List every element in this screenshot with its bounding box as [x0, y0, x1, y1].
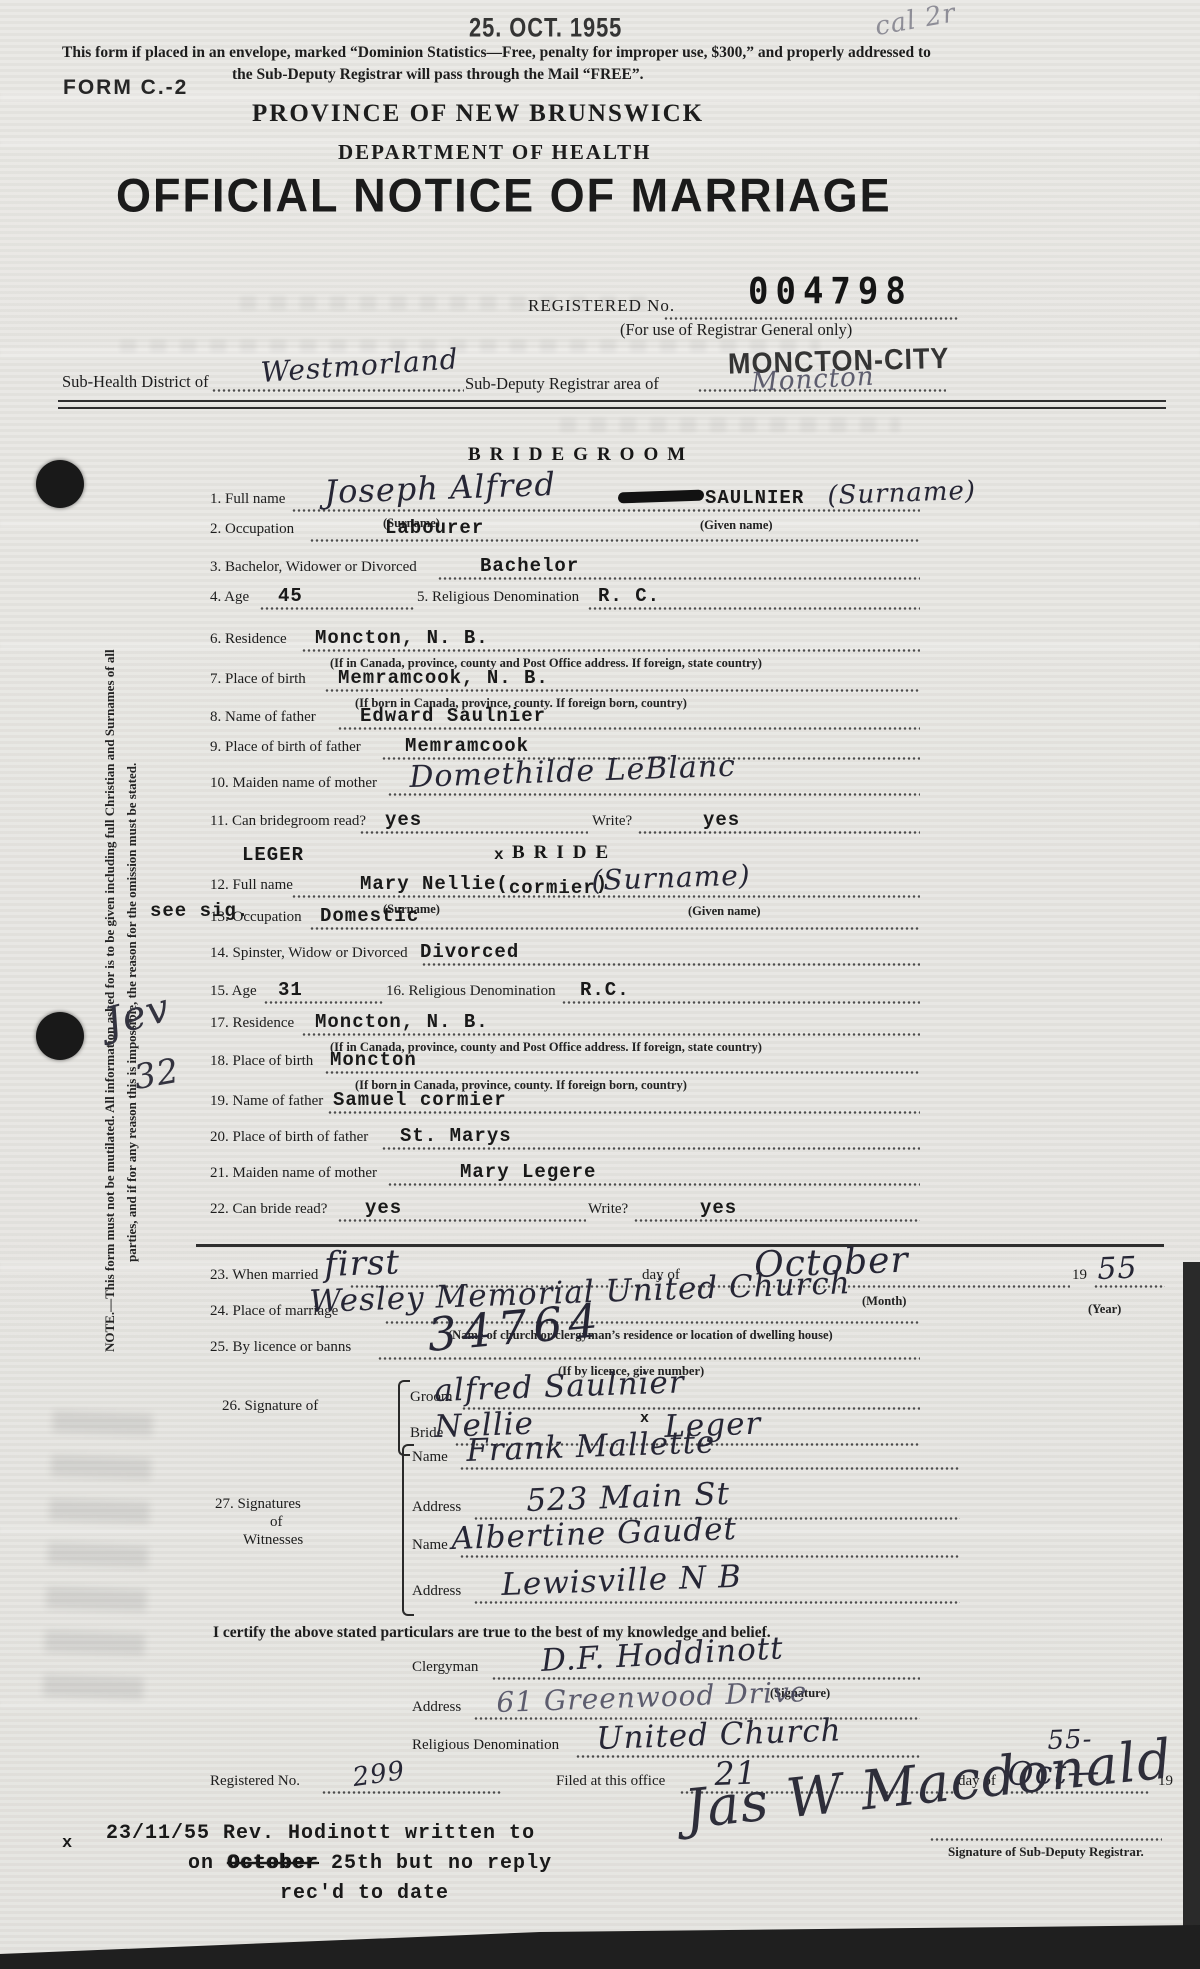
handwritten-day: first — [324, 1242, 401, 1285]
field-father-name-bride: 19. Name of father Samuel cormier — [210, 1082, 920, 1114]
name-label: Name — [412, 1449, 448, 1466]
typed-value: Bachelor — [480, 555, 579, 577]
field-label: 9. Place of birth of father — [210, 739, 361, 756]
typed-leger-correction: LEGER — [242, 844, 304, 866]
typed-value: Memramcook — [405, 735, 529, 757]
struck-text: October — [227, 1852, 318, 1875]
typed-write-value: yes — [700, 1197, 737, 1219]
dotted-line — [302, 649, 920, 652]
dotted-line — [338, 1219, 586, 1222]
field-label: 23. When married — [210, 1267, 318, 1284]
field-religious-denomination: Religious Denomination United Church — [412, 1726, 920, 1758]
handwritten-clergyman-address: 61 Greenwood Drive — [496, 1675, 808, 1719]
filed-label: Filed at this office — [556, 1773, 665, 1790]
typed-religion: R.C. — [580, 979, 630, 1001]
handwritten-surname-note: (Surname) — [827, 476, 977, 511]
field-licence-or-banns: 25. By licence or banns 34764 — [210, 1328, 920, 1360]
typed-write-value: yes — [703, 809, 740, 831]
note-part: 25th but no reply — [318, 1852, 552, 1875]
scanned-marriage-form: 25. OCT. 1955 cal 2r This form if placed… — [0, 0, 1200, 1969]
field-label: 17. Residence — [210, 1015, 294, 1032]
dotted-line — [360, 831, 588, 834]
typed-followup-note-line3: rec'd to date — [280, 1882, 449, 1905]
field-label: 12. Full name — [210, 877, 293, 894]
note-part: on — [188, 1852, 227, 1875]
typed-read-value: yes — [365, 1197, 402, 1219]
date-stamp: 25. OCT. 1955 — [469, 12, 622, 44]
field-witness2-name: Name Albertine Gaudet — [412, 1526, 960, 1558]
typed-read-value: yes — [385, 809, 422, 831]
dotted-line — [212, 389, 464, 392]
x-mark: x — [62, 1834, 73, 1853]
name-label: Name — [412, 1537, 448, 1554]
year-caption: (Year) — [1088, 1302, 1121, 1317]
scan-edge-bottom — [0, 1922, 1200, 1969]
handwritten-surname-note: (Surname) — [591, 858, 751, 897]
bridegroom-heading: BRIDEGROOM — [468, 444, 694, 466]
field-label: 18. Place of birth — [210, 1053, 313, 1070]
handwritten-witness2-address: Lewisville N B — [501, 1559, 743, 1603]
field-label: 19. Name of father — [210, 1093, 323, 1110]
field-residence-groom: 6. Residence Moncton, N. B. — [210, 620, 920, 652]
dotted-line — [638, 831, 920, 834]
dotted-line — [260, 607, 415, 610]
x-mark: x — [640, 1410, 650, 1427]
double-rule — [58, 400, 1166, 409]
handwritten-given-name: Joseph Alfred — [324, 465, 557, 511]
field-age-religion-groom: 4. Age 45 5. Religious Denomination R. C… — [210, 578, 920, 610]
sub-health-district-label: Sub-Health District of — [62, 372, 209, 392]
registered-no-label: Registered No. — [210, 1773, 300, 1790]
bride-heading: BRIDE — [512, 842, 617, 864]
field-birthplace-groom: 7. Place of birth Memramcook, N. B. — [210, 660, 920, 692]
field-label: 8. Name of father — [210, 709, 316, 726]
scan-edge-right — [1183, 1262, 1200, 1969]
ink-bleed-ghost — [560, 418, 900, 432]
field-label: 2. Occupation — [210, 521, 294, 538]
dotted-line — [930, 1838, 1162, 1841]
field-label: 21. Maiden name of mother — [210, 1165, 377, 1182]
write-label: Write? — [592, 813, 632, 830]
typed-value: Samuel cormier — [333, 1089, 507, 1111]
dotted-line — [388, 793, 920, 796]
field-can-read-groom: 11. Can bridegroom read? yes Write? yes — [210, 802, 920, 834]
field-can-read-bride: 22. Can bride read? yes Write? yes — [210, 1190, 920, 1222]
field-father-name-groom: 8. Name of father Edward Saulnier — [210, 698, 920, 730]
field-birthplace-bride: 18. Place of birth Moncton — [210, 1042, 920, 1074]
dotted-line — [322, 1791, 502, 1794]
field-label: 4. Age — [210, 589, 249, 606]
typed-followup-note-line2: on October 25th but no reply — [188, 1852, 552, 1875]
signature-of-label: 26. Signature of — [222, 1398, 318, 1415]
dotted-line — [422, 963, 920, 966]
witnesses-label-line2: of — [270, 1514, 283, 1531]
field-age-religion-bride: 15. Age 31 16. Religious Denomination R.… — [210, 972, 920, 1004]
field-marital-status-groom: 3. Bachelor, Widower or Divorced Bachelo… — [210, 548, 920, 580]
dotted-line — [310, 539, 920, 542]
sub-deputy-registrar-area-label: Sub-Deputy Registrar area of — [465, 374, 659, 394]
write-label: Write? — [588, 1201, 628, 1218]
dotted-line — [328, 1111, 920, 1114]
ink-bleed-ghost — [43, 1406, 153, 1699]
margin-note-line1: NOTE.—This form must not be mutilated. A… — [102, 512, 118, 1352]
field-witness1-name: Name Frank Mallette — [412, 1438, 960, 1470]
field-label: 1. Full name — [210, 491, 285, 508]
ink-scribble-blob — [618, 490, 704, 504]
sub-deputy-signature-caption: Signature of Sub-Deputy Registrar. — [948, 1844, 1144, 1860]
field-full-name-groom: 1. Full name Joseph Alfred SAULNIER (Sur… — [210, 480, 920, 512]
denomination-label: Religious Denomination — [412, 1737, 559, 1754]
field-residence-bride: 17. Residence Moncton, N. B. — [210, 1004, 920, 1036]
handwritten-groom-signature: alfred Saulnier — [434, 1364, 685, 1409]
typed-followup-note-line1: 23/11/55 Rev. Hodinott written to — [106, 1822, 535, 1845]
typed-given-names: Mary Nellie(cormier) — [360, 873, 608, 895]
field-witness2-address: Address Lewisville N B — [412, 1572, 960, 1604]
field-full-name-bride: 12. Full name Mary Nellie(cormier) (Surn… — [210, 866, 920, 898]
field-clergyman-address: Address 61 Greenwood Drive — [412, 1688, 920, 1720]
address-label: Address — [412, 1499, 461, 1516]
dotted-line — [388, 1183, 920, 1186]
dotted-line — [460, 1555, 960, 1558]
dotted-line — [382, 1147, 920, 1150]
religion-label: 16. Religious Denomination — [386, 983, 556, 1000]
address-label: Address — [412, 1699, 461, 1716]
typed-value: St. Marys — [400, 1125, 512, 1147]
typed-value: Moncton — [330, 1049, 417, 1071]
typed-religion: R. C. — [598, 585, 660, 607]
witnesses-label-line1: 27. Signatures — [215, 1496, 301, 1513]
margin-scribble: 32 — [131, 1051, 183, 1098]
field-label: 3. Bachelor, Widower or Divorced — [210, 559, 417, 576]
field-father-birthplace-bride: 20. Place of birth of father St. Marys — [210, 1118, 920, 1150]
typed-value: Edward Saulnier — [360, 705, 546, 727]
department-heading: DEPARTMENT OF HEALTH — [338, 140, 651, 165]
pencil-scribble: cal 2r — [873, 0, 959, 42]
typed-part: Mary Nellie( — [360, 873, 509, 895]
typed-value: Memramcook, N. B. — [338, 667, 549, 689]
typed-surname: SAULNIER — [705, 487, 804, 509]
religion-label: 5. Religious Denomination — [417, 589, 579, 606]
witnesses-label-line3: Witnesses — [243, 1532, 303, 1549]
typed-value: Mary Legere — [460, 1161, 596, 1183]
dotted-line — [325, 1071, 920, 1074]
punch-hole — [36, 1012, 84, 1060]
field-occupation-groom: 2. Occupation Labourer — [210, 510, 920, 542]
field-occupation-bride: 13. Occupation Domestic — [210, 898, 920, 930]
typed-value: Moncton, N. B. — [315, 627, 489, 649]
address-label: Address — [412, 1583, 461, 1600]
handwritten-witness1-name: Frank Mallette — [466, 1424, 716, 1469]
dotted-line — [302, 1033, 920, 1036]
field-label: 6. Residence — [210, 631, 287, 648]
typed-subscript-part: cormier — [509, 877, 596, 899]
field-label: 22. Can bride read? — [210, 1201, 327, 1218]
envelope-instruction-line1: This form if placed in an envelope, mark… — [62, 44, 931, 62]
field-label: 13. Occupation — [210, 909, 302, 926]
dotted-line — [310, 927, 920, 930]
dotted-line — [325, 689, 920, 692]
area-handwritten-value: Moncton — [750, 362, 875, 398]
field-label: 20. Place of birth of father — [210, 1129, 368, 1146]
year-prefix: 19 — [1072, 1267, 1087, 1284]
page-title: OFFICIAL NOTICE OF MARRIAGE — [116, 169, 892, 224]
handwritten-registered-no: 299 — [351, 1756, 407, 1793]
field-label: 7. Place of birth — [210, 671, 306, 688]
registered-no-stamp: 004798 — [748, 271, 913, 313]
field-label: 25. By licence or banns — [210, 1339, 351, 1356]
typed-value: Divorced — [420, 941, 519, 963]
field-label: 15. Age — [210, 983, 257, 1000]
province-heading: PROVINCE OF NEW BRUNSWICK — [252, 100, 704, 128]
dotted-line — [474, 1601, 960, 1604]
field-mother-maiden-groom: 10. Maiden name of mother Domethilde LeB… — [210, 764, 920, 796]
registrar-general-note: (For use of Registrar General only) — [620, 320, 852, 340]
field-label: 14. Spinster, Widow or Divorced — [210, 945, 408, 962]
handwritten-denomination: United Church — [596, 1712, 842, 1757]
dotted-line — [634, 1219, 920, 1222]
margin-note-line2: parties, and if for any reason this is i… — [124, 687, 140, 1262]
typed-value: Moncton, N. B. — [315, 1011, 489, 1033]
dotted-line — [588, 607, 920, 610]
envelope-instruction-line2: the Sub-Deputy Registrar will pass throu… — [232, 66, 644, 84]
dotted-line — [460, 1467, 960, 1470]
handwritten-year: 55 — [1097, 1251, 1138, 1287]
form-number: FORM C.-2 — [63, 76, 188, 100]
typed-value: Labourer — [385, 517, 484, 539]
field-mother-maiden-bride: 21. Maiden name of mother Mary Legere — [210, 1154, 920, 1186]
ink-bleed-ghost — [120, 340, 820, 352]
typed-value: Domestic — [320, 905, 419, 927]
field-clergyman: Clergyman D.F. Hoddinott — [412, 1648, 920, 1680]
typed-age: 31 — [278, 979, 303, 1001]
typed-age: 45 — [278, 585, 303, 607]
field-label: 10. Maiden name of mother — [210, 775, 377, 792]
punch-hole — [36, 460, 84, 508]
clergyman-label: Clergyman — [412, 1659, 478, 1676]
field-groom-signature: Groom alfred Saulnier — [410, 1378, 920, 1410]
x-mark: x — [494, 846, 505, 864]
registered-no-label: REGISTERED No. — [528, 296, 675, 316]
field-marital-status-bride: 14. Spinster, Widow or Divorced Divorced — [210, 934, 920, 966]
field-label: 11. Can bridegroom read? — [210, 813, 366, 830]
